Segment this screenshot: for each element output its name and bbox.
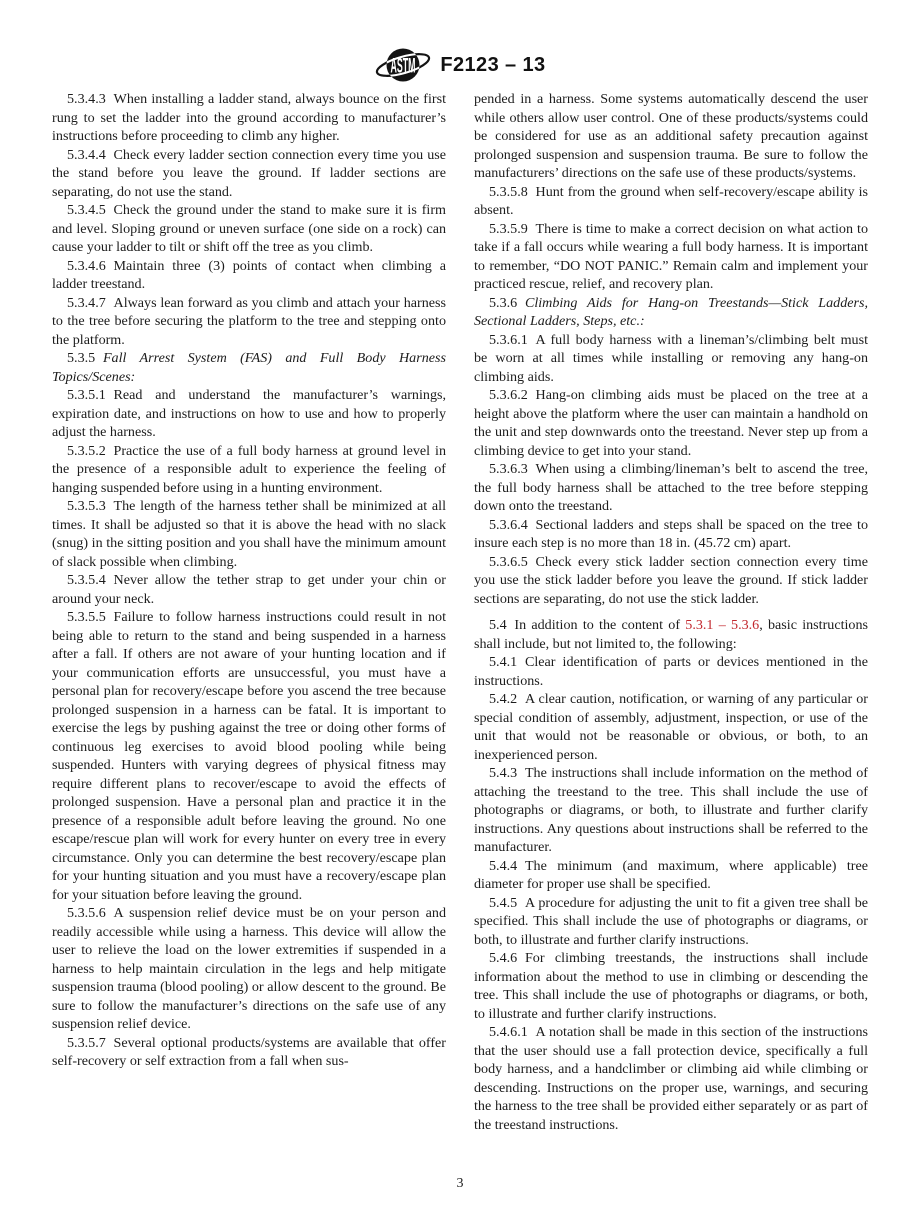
paragraph: pended in a harness. Some systems automa…	[474, 90, 868, 183]
section-title: Climbing Aids for Hang-on Treestands—Sti…	[474, 295, 868, 330]
body-text: The instructions shall include informati…	[474, 765, 868, 855]
body-text: A procedure for adjusting the unit to fi…	[474, 895, 868, 948]
page-footer: 3	[0, 1176, 920, 1192]
body-text: There is time to make a correct decision…	[474, 221, 868, 293]
section-number: 5.4.4	[489, 858, 517, 874]
body-text: Several optional products/systems are av…	[52, 1035, 446, 1070]
section-number: 5.4	[489, 617, 507, 633]
section-number: 5.3.5.6	[67, 905, 106, 921]
body-text: The length of the harness tether shall b…	[52, 498, 446, 570]
body-text: Maintain three (3) points of contact whe…	[52, 258, 446, 293]
body-text: For climbing treestands, the instruction…	[474, 950, 868, 1022]
section-number: 5.3.4.3	[67, 91, 106, 107]
body-text: Never allow the tether strap to get unde…	[52, 572, 446, 607]
paragraph: 5.3.6.3When using a climbing/lineman’s b…	[474, 460, 868, 516]
paragraph: 5.3.4.6Maintain three (3) points of cont…	[52, 257, 446, 294]
left-column: 5.3.4.3When installing a ladder stand, a…	[52, 90, 446, 1134]
section-reference-link[interactable]: 5.3.1 – 5.3.6	[685, 617, 759, 633]
section-number: 5.4.2	[489, 691, 517, 707]
section-number: 5.3.5.5	[67, 609, 106, 625]
paragraph: 5.4.5A procedure for adjusting the unit …	[474, 894, 868, 950]
body-text: A notation shall be made in this section…	[474, 1024, 868, 1133]
paragraph: 5.4.4The minimum (and maximum, where app…	[474, 857, 868, 894]
paragraph: 5.3.5.3The length of the harness tether …	[52, 497, 446, 571]
section-number: 5.3.6.1	[489, 332, 528, 348]
paragraph: 5.3.6.4Sectional ladders and steps shall…	[474, 516, 868, 553]
body-text: Hang-on climbing aids must be placed on …	[474, 387, 868, 459]
paragraph: 5.3.4.7Always lean forward as you climb …	[52, 294, 446, 350]
section-number: 5.4.1	[489, 654, 517, 670]
astm-logo-icon: ASTM	[374, 44, 431, 86]
section-number: 5.3.6.3	[489, 461, 528, 477]
paragraph: 5.3.6.1A full body harness with a linema…	[474, 331, 868, 387]
section-number: 5.3.6.5	[489, 554, 528, 570]
paragraph: 5.3.6Climbing Aids for Hang-on Treestand…	[474, 294, 868, 331]
paragraph: 5.4.6.1A notation shall be made in this …	[474, 1023, 868, 1134]
body-text: Check every ladder section connection ev…	[52, 147, 446, 200]
body-text: pended in a harness. Some systems automa…	[474, 91, 868, 181]
body-text: When using a climbing/lineman’s belt to …	[474, 461, 868, 514]
page-header: ASTM F2123 – 13	[0, 44, 920, 86]
body-text: Check every stick ladder section connect…	[474, 554, 868, 607]
section-number: 5.3.6	[489, 295, 517, 311]
paragraph: 5.4.1Clear identification of parts or de…	[474, 653, 868, 690]
paragraph: 5.3.5.4Never allow the tether strap to g…	[52, 571, 446, 608]
right-column: pended in a harness. Some systems automa…	[474, 90, 868, 1134]
paragraph: 5.3.5.8Hunt from the ground when self-re…	[474, 183, 868, 220]
body-text: A full body harness with a lineman’s/cli…	[474, 332, 868, 385]
astm-logo-text: ASTM	[391, 55, 416, 78]
body-text: The minimum (and maximum, where applicab…	[474, 858, 868, 893]
body-text: Hunt from the ground when self-recovery/…	[474, 184, 868, 219]
paragraph: 5.3.6.5Check every stick ladder section …	[474, 553, 868, 609]
section-number: 5.3.4.6	[67, 258, 106, 274]
paragraph: 5.3.5.1Read and understand the manufactu…	[52, 386, 446, 442]
paragraph: 5.4.6For climbing treestands, the instru…	[474, 949, 868, 1023]
paragraph: 5.3.5.2Practice the use of a full body h…	[52, 442, 446, 498]
paragraph: 5.3.5.9There is time to make a correct d…	[474, 220, 868, 294]
body-text: When installing a ladder stand, always b…	[52, 91, 446, 144]
paragraph: 5.4.2A clear caution, notification, or w…	[474, 690, 868, 764]
section-number: 5.3.4.5	[67, 202, 106, 218]
section-number: 5.3.5.9	[489, 221, 528, 237]
body-text: Read and understand the manufacturer’s w…	[52, 387, 446, 440]
body-text: A suspension relief device must be on yo…	[52, 905, 446, 1032]
section-number: 5.3.5.8	[489, 184, 528, 200]
section-number: 5.3.5.1	[67, 387, 106, 403]
section-title: Fall Arrest System (FAS) and Full Body H…	[52, 350, 446, 385]
paragraph: 5.3.4.5Check the ground under the stand …	[52, 201, 446, 257]
body-text: Sectional ladders and steps shall be spa…	[474, 517, 868, 552]
section-number: 5.3.6.4	[489, 517, 528, 533]
body-text: A clear caution, notification, or warnin…	[474, 691, 868, 763]
section-number: 5.4.5	[489, 895, 517, 911]
standard-designation: F2123 – 13	[440, 54, 545, 77]
paragraph: 5.3.5.5Failure to follow harness instruc…	[52, 608, 446, 904]
paragraph: 5.3.6.2Hang-on climbing aids must be pla…	[474, 386, 868, 460]
body-text: Check the ground under the stand to make…	[52, 202, 446, 255]
section-number: 5.3.5.7	[67, 1035, 106, 1051]
paragraph: 5.4In addition to the content of 5.3.1 –…	[474, 616, 868, 653]
section-number: 5.4.3	[489, 765, 517, 781]
section-number: 5.3.4.7	[67, 295, 106, 311]
section-number: 5.3.5.3	[67, 498, 106, 514]
paragraph: 5.3.4.4Check every ladder section connec…	[52, 146, 446, 202]
section-number: 5.3.5	[67, 350, 95, 366]
body-text: Practice the use of a full body harness …	[52, 443, 446, 496]
body-text: Clear identification of parts or devices…	[474, 654, 868, 689]
paragraph: 5.3.5.7Several optional products/systems…	[52, 1034, 446, 1071]
paragraph: 5.3.4.3When installing a ladder stand, a…	[52, 90, 446, 146]
body-text: Always lean forward as you climb and att…	[52, 295, 446, 348]
paragraph: 5.3.5.6A suspension relief device must b…	[52, 904, 446, 1034]
section-number: 5.4.6	[489, 950, 517, 966]
section-number: 5.3.6.2	[489, 387, 528, 403]
body-text: Failure to follow harness instructions c…	[52, 609, 446, 903]
section-number: 5.4.6.1	[489, 1024, 528, 1040]
section-number: 5.3.5.2	[67, 443, 106, 459]
page-number: 3	[457, 1176, 464, 1191]
paragraph: 5.3.5Fall Arrest System (FAS) and Full B…	[52, 349, 446, 386]
paragraph: 5.4.3The instructions shall include info…	[474, 764, 868, 857]
document-body: 5.3.4.3When installing a ladder stand, a…	[52, 90, 868, 1134]
body-text: In addition to the content of	[514, 617, 685, 633]
section-number: 5.3.4.4	[67, 147, 106, 163]
section-number: 5.3.5.4	[67, 572, 106, 588]
